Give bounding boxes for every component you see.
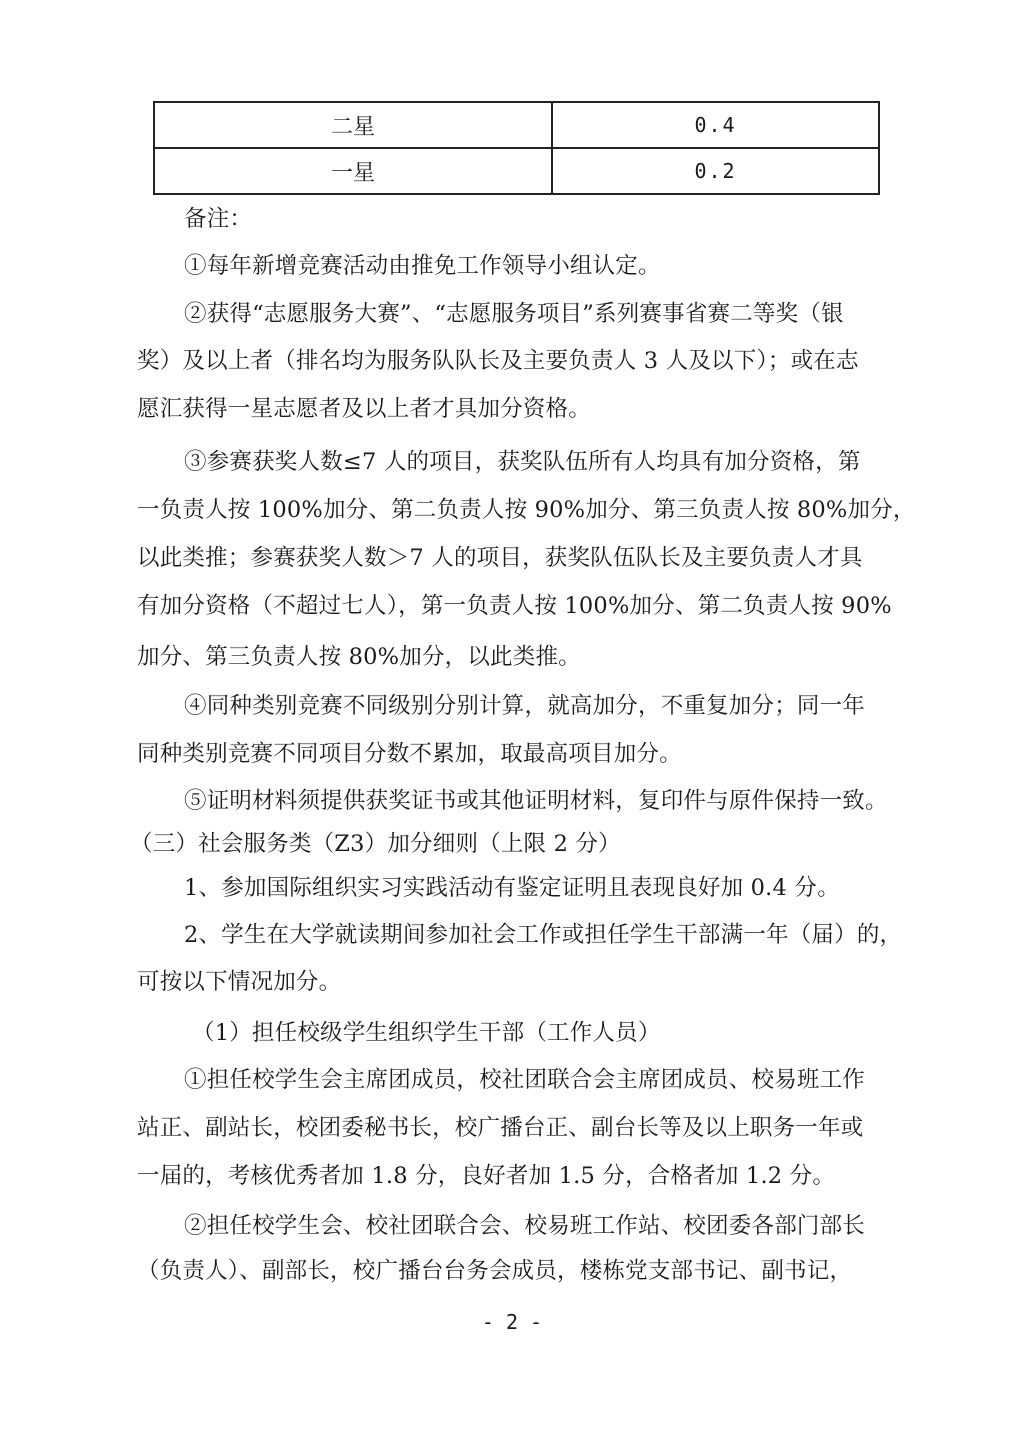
- star-score-table: 二星 0.4 一星 0.2: [153, 101, 880, 195]
- notes-heading: 备注：: [184, 204, 944, 234]
- section-heading: （三）社会服务类（Z3）加分细则（上限 2 分）: [130, 829, 890, 859]
- note-line: ④同种类别竞赛不同级别分别计算，就高加分，不重复加分；同一年: [184, 691, 944, 721]
- body-line: 2、学生在大学就读期间参加社会工作或担任学生干部满一年（届）的，: [184, 920, 944, 950]
- note-line: ⑤证明材料须提供获奖证书或其他证明材料，复印件与原件保持一致。: [184, 786, 944, 816]
- note-line: 奖）及以上者（排名均为服务队队长及主要负责人 3 人及以下）；或在志: [137, 346, 897, 376]
- body-line: 可按以下情况加分。: [137, 967, 897, 997]
- note-line: 一负责人按 100%加分、第二负责人按 90%加分、第三负责人按 80%加分，: [137, 495, 897, 525]
- note-line: 以此类推；参赛获奖人数＞7 人的项目，获奖队伍队长及主要负责人才具: [137, 543, 897, 573]
- note-line: 愿汇获得一星志愿者及以上者才具加分资格。: [137, 394, 897, 424]
- score-cell: 0.4: [552, 102, 879, 148]
- note-line: ③参赛获奖人数≤7 人的项目，获奖队伍所有人均具有加分资格，第: [184, 447, 944, 477]
- body-line: ①担任校学生会主席团成员，校社团联合会主席团成员、校易班工作: [184, 1065, 944, 1095]
- note-line: 加分、第三负责人按 80%加分，以此类推。: [137, 642, 897, 672]
- body-line: 站正、副站长，校团委秘书长，校广播台正、副台长等及以上职务一年或: [137, 1113, 897, 1143]
- note-line: 同种类别竞赛不同项目分数不累加，取最高项目加分。: [137, 739, 897, 769]
- table-row: 二星 0.4: [154, 102, 879, 148]
- page-number: - 2 -: [0, 1310, 1024, 1334]
- body-line: ②担任校学生会、校社团联合会、校易班工作站、校团委各部门部长: [184, 1211, 944, 1241]
- subsection-heading: （1）担任校级学生组织学生干部（工作人员）: [192, 1018, 952, 1048]
- note-line: 有加分资格（不超过七人），第一负责人按 100%加分、第二负责人按 90%: [137, 591, 897, 621]
- star-level-cell: 二星: [154, 102, 552, 148]
- score-cell: 0.2: [552, 148, 879, 194]
- table-row: 一星 0.2: [154, 148, 879, 194]
- note-line: ①每年新增竞赛活动由推免工作领导小组认定。: [184, 251, 944, 281]
- body-line: 一届的，考核优秀者加 1.8 分，良好者加 1.5 分，合格者加 1.2 分。: [137, 1161, 897, 1191]
- note-line: ②获得“志愿服务大赛”、“志愿服务项目”系列赛事省赛二等奖（银: [184, 299, 944, 329]
- star-level-cell: 一星: [154, 148, 552, 194]
- body-line: 1、参加国际组织实习实践活动有鉴定证明且表现良好加 0.4 分。: [184, 873, 944, 903]
- document-page: 二星 0.4 一星 0.2 备注： ①每年新增竞赛活动由推免工作领导小组认定。 …: [0, 0, 1024, 1448]
- body-line: （负责人）、副部长，校广播台台务会成员，楼栋党支部书记、副书记，: [137, 1256, 897, 1286]
